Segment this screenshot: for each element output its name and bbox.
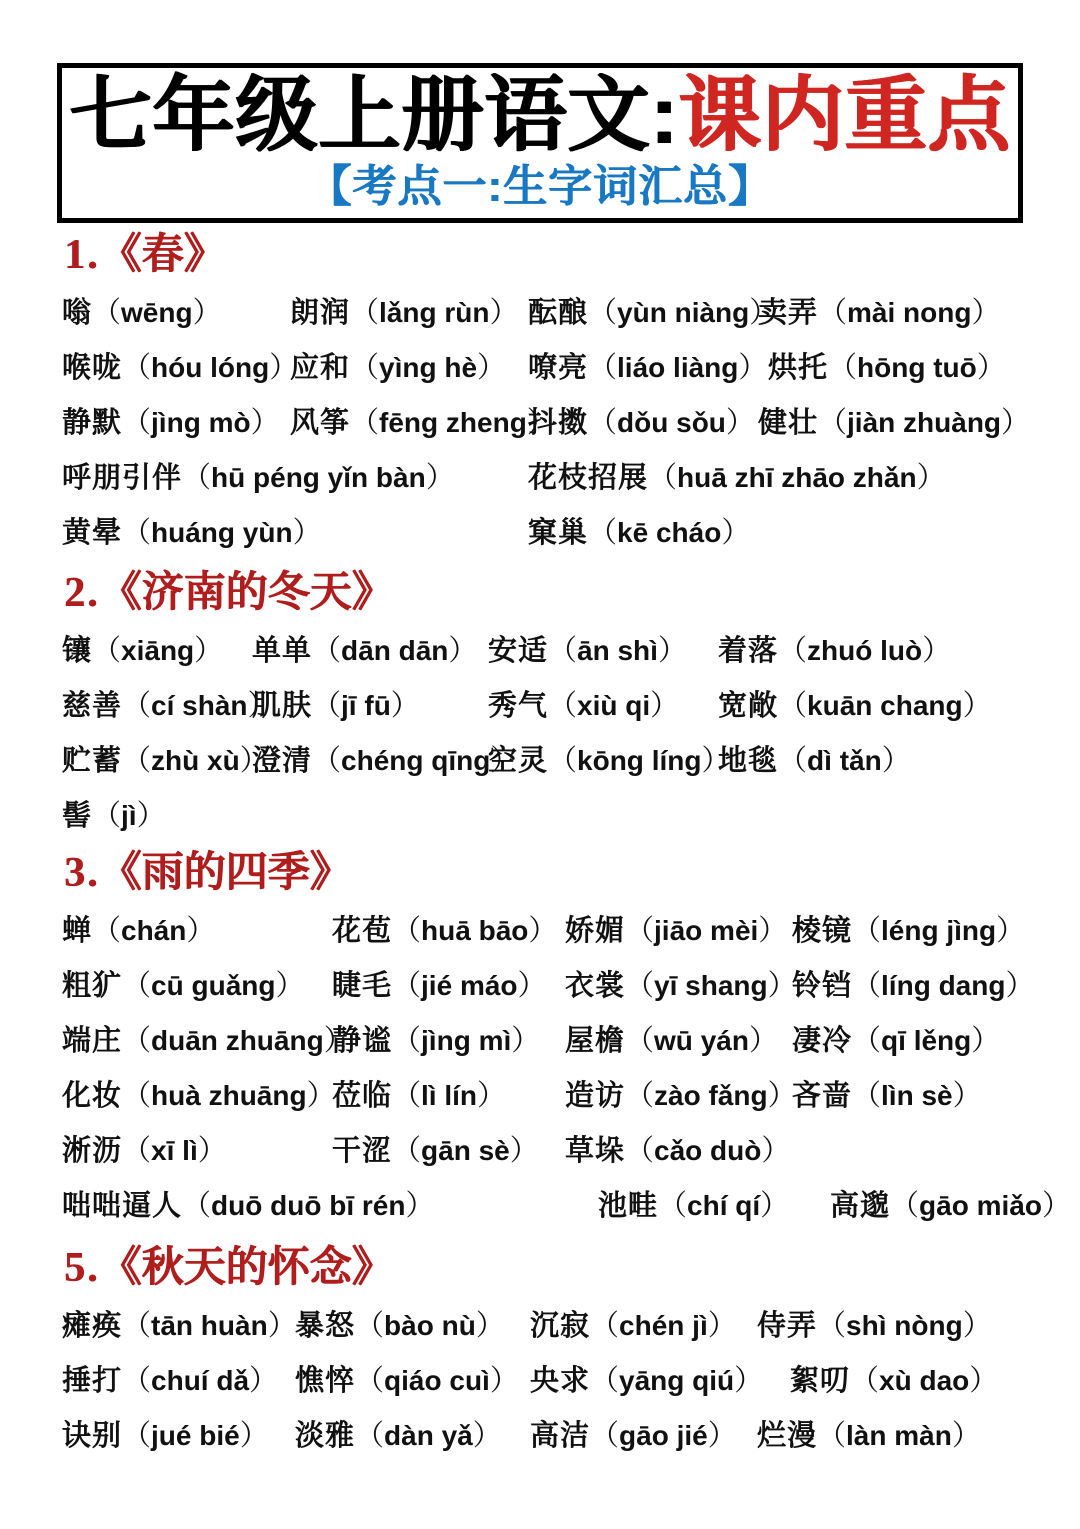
open-paren: （: [852, 1080, 881, 1112]
vocab-pinyin: zhù xù: [151, 745, 240, 776]
open-paren: （: [350, 297, 379, 329]
open-paren: （: [355, 1420, 384, 1452]
section-number: 1.: [64, 232, 100, 278]
vocab-word: 草垛: [565, 1135, 625, 1167]
vocab-word: 宽敞: [718, 690, 778, 722]
vocab-item: 屋檐（wū yán）: [565, 1021, 778, 1061]
close-paren: ）: [510, 1135, 539, 1167]
open-paren: （: [350, 352, 379, 384]
vocab-item: 衣裳（yī shang）: [565, 966, 797, 1006]
vocab-pinyin: xù dao: [879, 1365, 969, 1396]
open-paren: （: [312, 745, 341, 777]
vocab-item: 应和（yìng hè）: [290, 348, 506, 388]
vocab-pinyin: jì: [121, 800, 137, 831]
close-paren: ）: [1001, 407, 1030, 439]
vocab-pinyin: liáo liàng: [617, 352, 738, 383]
vocab-word: 朗润: [290, 297, 350, 329]
vocab-pinyin: fēng zheng: [379, 407, 527, 438]
vocab-item: 喉咙（hóu lóng）: [62, 348, 298, 388]
vocab-pinyin: wū yán: [654, 1025, 749, 1056]
vocab-item: 烘托（hōng tuō）: [768, 348, 1006, 388]
section-number: 3.: [64, 850, 100, 896]
vocab-word: 静谧: [332, 1025, 392, 1057]
vocab-pinyin: jué bié: [151, 1420, 240, 1451]
close-paren: ）: [293, 517, 322, 549]
close-paren: ）: [473, 1420, 502, 1452]
page-title: 七年级上册语文:课内重点: [62, 70, 1018, 162]
close-paren: ）: [528, 915, 557, 947]
open-paren: （: [122, 517, 151, 549]
vocab-word: 嘹亮: [528, 352, 588, 384]
open-paren: （: [648, 462, 677, 494]
open-paren: （: [625, 1080, 654, 1112]
vocab-item: 抖擞（dǒu sǒu）: [528, 403, 755, 443]
vocab-word: 憔悴: [295, 1365, 355, 1397]
vocab-pinyin: zhuó luò: [807, 635, 922, 666]
vocab-word: 酝酿: [528, 297, 588, 329]
open-paren: （: [852, 1025, 881, 1057]
vocab-item: 肌肤（jī fū）: [252, 686, 420, 726]
vocab-pinyin: cū guǎng: [151, 970, 275, 1001]
vocab-word: 瘫痪: [62, 1310, 122, 1342]
vocab-item: 池畦（chí qí）: [598, 1186, 789, 1226]
vocab-item: 瘫痪（tān huàn）: [62, 1306, 297, 1346]
open-paren: （: [817, 1420, 846, 1452]
close-paren: ）: [996, 915, 1025, 947]
close-paren: ）: [977, 352, 1006, 384]
open-paren: （: [122, 1420, 151, 1452]
close-paren: ）: [658, 635, 687, 667]
open-paren: （: [392, 970, 421, 1002]
vocab-word: 健壮: [758, 407, 818, 439]
vocab-word: 衣裳: [565, 970, 625, 1002]
open-paren: （: [350, 407, 379, 439]
vocab-item: 棱镜（léng jìng）: [792, 911, 1025, 951]
open-paren: （: [625, 1135, 654, 1167]
vocab-item: 澄清（chéng qīng）: [252, 741, 519, 781]
vocab-item: 吝啬（lìn sè）: [792, 1076, 982, 1116]
close-paren: ）: [971, 297, 1000, 329]
vocab-word: 高洁: [530, 1420, 590, 1452]
close-paren: ）: [761, 1135, 790, 1167]
open-paren: （: [588, 517, 617, 549]
open-paren: （: [778, 690, 807, 722]
vocab-word: 髻: [62, 800, 92, 832]
vocab-pinyin: huā zhī zhāo zhǎn: [677, 462, 917, 493]
vocab-word: 凄冷: [792, 1025, 852, 1057]
vocab-pinyin: duān zhuāng: [151, 1025, 324, 1056]
close-paren: ）: [726, 407, 755, 439]
page-title-red: 课内重点: [679, 70, 1011, 161]
vocab-pinyin: làn màn: [846, 1420, 952, 1451]
open-paren: （: [312, 635, 341, 667]
section-title-text: 《秋天的怀念》: [100, 1245, 394, 1291]
open-paren: （: [548, 690, 577, 722]
vocab-item: 花枝招展（huā zhī zhāo zhǎn）: [528, 458, 946, 498]
vocab-pinyin: mài nong: [847, 297, 971, 328]
vocab-pinyin: jìng mò: [151, 407, 251, 438]
close-paren: ）: [405, 1190, 434, 1222]
vocab-word: 沉寂: [530, 1310, 590, 1342]
open-paren: （: [92, 635, 121, 667]
vocab-pinyin: yìng hè: [379, 352, 477, 383]
vocab-word: 粗犷: [62, 970, 122, 1002]
vocab-item: 黄晕（huáng yùn）: [62, 513, 322, 553]
vocab-item: 单单（dān dān）: [252, 631, 477, 671]
vocab-pinyin: xiù qi: [577, 690, 650, 721]
vocab-word: 侍弄: [757, 1310, 817, 1342]
open-paren: （: [122, 1025, 151, 1057]
close-paren: ）: [137, 800, 166, 832]
close-paren: ）: [186, 915, 215, 947]
close-paren: ）: [391, 690, 420, 722]
vocab-item: 着落（zhuó luò）: [718, 631, 951, 671]
close-paren: ）: [882, 745, 911, 777]
vocab-word: 抖擞: [528, 407, 588, 439]
section-title-text: 《春》: [100, 232, 226, 278]
section-heading: 5.《秋天的怀念》: [64, 1245, 394, 1291]
open-paren: （: [392, 1135, 421, 1167]
close-paren: ）: [760, 1190, 789, 1222]
open-paren: （: [658, 1190, 687, 1222]
vocab-word: 捶打: [62, 1365, 122, 1397]
vocab-word: 棱镜: [792, 915, 852, 947]
vocab-word: 嗡: [62, 297, 92, 329]
page-title-black: 七年级上册语文:: [69, 70, 678, 161]
vocab-item: 镶（xiāng）: [62, 631, 223, 671]
vocab-pinyin: líng dang: [881, 970, 1005, 1001]
vocab-item: 嘹亮（liáo liàng）: [528, 348, 767, 388]
vocab-item: 干涩（gān sè）: [332, 1131, 539, 1171]
open-paren: （: [355, 1365, 384, 1397]
vocab-word: 造访: [565, 1080, 625, 1112]
vocab-word: 诀别: [62, 1420, 122, 1452]
title-box: 七年级上册语文:课内重点 【考点一:生字词汇总】: [57, 63, 1023, 223]
vocab-pinyin: chán: [121, 915, 186, 946]
vocab-pinyin: xī lì: [151, 1135, 198, 1166]
vocab-word: 暴怒: [295, 1310, 355, 1342]
vocab-item: 诀别（jué bié）: [62, 1416, 269, 1456]
open-paren: （: [590, 1420, 619, 1452]
vocab-item: 淅沥（xī lì）: [62, 1131, 227, 1171]
vocab-pinyin: gān sè: [421, 1135, 510, 1166]
open-paren: （: [122, 352, 151, 384]
vocab-pinyin: yī shang: [654, 970, 768, 1001]
vocab-word: 安适: [488, 635, 548, 667]
vocab-word: 贮蓄: [62, 745, 122, 777]
vocab-pinyin: huā bāo: [421, 915, 528, 946]
vocab-pinyin: shì nòng: [846, 1310, 963, 1341]
vocab-item: 粗犷（cū guǎng）: [62, 966, 305, 1006]
vocab-pinyin: jiàn zhuàng: [847, 407, 1001, 438]
open-paren: （: [122, 690, 151, 722]
vocab-pinyin: huà zhuāng: [151, 1080, 307, 1111]
section-title-text: 《济南的冬天》: [100, 570, 394, 616]
section-heading: 3.《雨的四季》: [64, 850, 352, 896]
vocab-word: 地毯: [718, 745, 778, 777]
vocab-item: 慈善（cí shàn）: [62, 686, 277, 726]
close-paren: ）: [193, 297, 222, 329]
vocab-pinyin: dàn yǎ: [384, 1420, 473, 1451]
vocab-word: 单单: [252, 635, 312, 667]
open-paren: （: [625, 1025, 654, 1057]
vocab-word: 窠巢: [528, 517, 588, 549]
vocab-word: 风筝: [290, 407, 350, 439]
vocab-pinyin: huáng yùn: [151, 517, 293, 548]
vocab-pinyin: dǒu sǒu: [617, 407, 726, 438]
vocab-word: 黄晕: [62, 517, 122, 549]
vocab-pinyin: lìn sè: [881, 1080, 953, 1111]
open-paren: （: [818, 407, 847, 439]
vocab-item: 健壮（jiàn zhuàng）: [758, 403, 1030, 443]
open-paren: （: [122, 1365, 151, 1397]
vocab-pinyin: wēng: [121, 297, 193, 328]
vocab-word: 高邈: [830, 1190, 890, 1222]
vocab-pinyin: jìng mì: [421, 1025, 511, 1056]
open-paren: （: [852, 915, 881, 947]
vocab-pinyin: dān dān: [341, 635, 448, 666]
vocab-word: 淡雅: [295, 1420, 355, 1452]
close-paren: ）: [194, 635, 223, 667]
vocab-item: 风筝（fēng zheng）: [290, 403, 556, 443]
vocab-pinyin: bào nù: [384, 1310, 476, 1341]
close-paren: ）: [917, 462, 946, 494]
open-paren: （: [392, 1080, 421, 1112]
vocab-pinyin: yùn niàng: [617, 297, 749, 328]
vocab-pinyin: chuí dǎ: [151, 1365, 249, 1396]
vocab-pinyin: chén jì: [619, 1310, 708, 1341]
open-paren: （: [122, 745, 151, 777]
vocab-word: 絮叨: [790, 1365, 850, 1397]
vocab-word: 秀气: [488, 690, 548, 722]
vocab-word: 铃铛: [792, 970, 852, 1002]
close-paren: ）: [511, 1025, 540, 1057]
open-paren: （: [548, 745, 577, 777]
vocab-pinyin: léng jìng: [881, 915, 996, 946]
close-paren: ）: [240, 1420, 269, 1452]
open-paren: （: [828, 352, 857, 384]
vocab-pinyin: tān huàn: [151, 1310, 268, 1341]
vocab-word: 淅沥: [62, 1135, 122, 1167]
vocab-pinyin: cǎo duò: [654, 1135, 761, 1166]
close-paren: ）: [490, 1365, 519, 1397]
vocab-item: 地毯（dì tǎn）: [718, 741, 911, 781]
vocab-pinyin: yāng qiú: [619, 1365, 734, 1396]
vocab-word: 屋檐: [565, 1025, 625, 1057]
vocab-word: 烘托: [768, 352, 828, 384]
vocab-item: 暴怒（bào nù）: [295, 1306, 505, 1346]
vocab-word: 吝啬: [792, 1080, 852, 1112]
vocab-pinyin: chéng qīng: [341, 745, 490, 776]
open-paren: （: [122, 1080, 151, 1112]
close-paren: ）: [971, 1025, 1000, 1057]
open-paren: （: [588, 352, 617, 384]
vocab-item: 秀气（xiù qi）: [488, 686, 679, 726]
open-paren: （: [778, 635, 807, 667]
close-paren: ）: [708, 1310, 737, 1342]
close-paren: ）: [922, 635, 951, 667]
vocab-item: 蝉（chán）: [62, 911, 215, 951]
vocab-item: 莅临（lì lín）: [332, 1076, 506, 1116]
vocab-word: 慈善: [62, 690, 122, 722]
vocab-item: 憔悴（qiáo cuì）: [295, 1361, 519, 1401]
vocab-word: 蝉: [62, 915, 92, 947]
close-paren: ）: [476, 1310, 505, 1342]
close-paren: ）: [738, 352, 767, 384]
open-paren: （: [92, 915, 121, 947]
vocab-item: 化妆（huà zhuāng）: [62, 1076, 336, 1116]
vocab-pinyin: kē cháo: [617, 517, 721, 548]
vocab-item: 絮叨（xù dao）: [790, 1361, 998, 1401]
vocab-word: 卖弄: [758, 297, 818, 329]
open-paren: （: [392, 1025, 421, 1057]
vocab-item: 嗡（wēng）: [62, 293, 222, 333]
vocab-pinyin: jié máo: [421, 970, 517, 1001]
open-paren: （: [182, 462, 211, 494]
close-paren: ）: [251, 407, 280, 439]
vocab-word: 央求: [530, 1365, 590, 1397]
open-paren: （: [778, 745, 807, 777]
open-paren: （: [548, 635, 577, 667]
close-paren: ）: [477, 1080, 506, 1112]
vocab-word: 澄清: [252, 745, 312, 777]
open-paren: （: [182, 1190, 211, 1222]
vocab-item: 空灵（kōng líng）: [488, 741, 730, 781]
open-paren: （: [312, 690, 341, 722]
open-paren: （: [850, 1365, 879, 1397]
vocab-word: 咄咄逼人: [62, 1190, 182, 1222]
vocab-pinyin: lǎng rùn: [379, 297, 489, 328]
vocab-pinyin: qī lěng: [881, 1025, 971, 1056]
vocab-pinyin: ān shì: [577, 635, 658, 666]
close-paren: ）: [249, 1365, 278, 1397]
open-paren: （: [890, 1190, 919, 1222]
vocab-item: 侍弄（shì nòng）: [757, 1306, 992, 1346]
section-heading: 2.《济南的冬天》: [64, 570, 394, 616]
vocab-item: 捶打（chuí dǎ）: [62, 1361, 278, 1401]
open-paren: （: [122, 1310, 151, 1342]
close-paren: ）: [275, 970, 304, 1002]
vocab-pinyin: jī fū: [341, 690, 391, 721]
open-paren: （: [92, 800, 121, 832]
section-number: 5.: [64, 1245, 100, 1291]
vocab-item: 睫毛（jié máo）: [332, 966, 547, 1006]
close-paren: ）: [758, 915, 787, 947]
vocab-item: 安适（ān shì）: [488, 631, 687, 671]
close-paren: ）: [969, 1365, 998, 1397]
vocab-item: 酝酿（yùn niàng）: [528, 293, 778, 333]
vocab-item: 草垛（cǎo duò）: [565, 1131, 790, 1171]
close-paren: ）: [963, 1310, 992, 1342]
section-title-text: 《雨的四季》: [100, 850, 352, 896]
vocab-word: 端庄: [62, 1025, 122, 1057]
vocab-item: 高邈（gāo miǎo）: [830, 1186, 1071, 1226]
vocab-pinyin: lì lín: [421, 1080, 477, 1111]
vocab-word: 睫毛: [332, 970, 392, 1002]
close-paren: ）: [963, 690, 992, 722]
vocab-item: 央求（yāng qiú）: [530, 1361, 763, 1401]
open-paren: （: [392, 915, 421, 947]
vocab-item: 娇媚（jiāo mèi）: [565, 911, 787, 951]
open-paren: （: [122, 1135, 151, 1167]
close-paren: ）: [721, 517, 750, 549]
vocab-word: 静默: [62, 407, 122, 439]
vocab-word: 应和: [290, 352, 350, 384]
close-paren: ）: [1005, 970, 1034, 1002]
vocab-item: 烂漫（làn màn）: [757, 1416, 981, 1456]
vocab-word: 烂漫: [757, 1420, 817, 1452]
vocab-pinyin: cí shàn: [151, 690, 247, 721]
vocab-item: 宽敞（kuān chang）: [718, 686, 992, 726]
vocab-item: 花苞（huā bāo）: [332, 911, 557, 951]
vocab-item: 髻（jì）: [62, 796, 166, 836]
open-paren: （: [355, 1310, 384, 1342]
vocab-item: 凄冷（qī lěng）: [792, 1021, 1000, 1061]
page-subtitle: 【考点一:生字词汇总】: [62, 162, 1018, 212]
vocab-item: 贮蓄（zhù xù）: [62, 741, 269, 781]
vocab-pinyin: zào fǎng: [654, 1080, 768, 1111]
vocab-word: 池畦: [598, 1190, 658, 1222]
vocab-item: 沉寂（chén jì）: [530, 1306, 737, 1346]
vocab-pinyin: kuān chang: [807, 690, 963, 721]
vocab-word: 化妆: [62, 1080, 122, 1112]
vocab-word: 喉咙: [62, 352, 122, 384]
open-paren: （: [588, 407, 617, 439]
vocab-pinyin: duō duō bī rén: [211, 1190, 405, 1221]
close-paren: ）: [953, 1080, 982, 1112]
vocab-pinyin: qiáo cuì: [384, 1365, 490, 1396]
open-paren: （: [92, 297, 121, 329]
vocab-pinyin: jiāo mèi: [654, 915, 758, 946]
section-heading: 1.《春》: [64, 232, 226, 278]
close-paren: ）: [477, 352, 506, 384]
vocab-pinyin: gāo miǎo: [919, 1190, 1042, 1221]
vocab-item: 朗润（lǎng rùn）: [290, 293, 519, 333]
open-paren: （: [122, 407, 151, 439]
vocab-word: 着落: [718, 635, 778, 667]
close-paren: ）: [268, 1310, 297, 1342]
close-paren: ）: [650, 690, 679, 722]
vocab-pinyin: hóu lóng: [151, 352, 269, 383]
vocab-item: 静默（jìng mò）: [62, 403, 280, 443]
vocab-item: 呼朋引伴（hū péng yǐn bàn）: [62, 458, 455, 498]
close-paren: ）: [198, 1135, 227, 1167]
close-paren: ）: [708, 1420, 737, 1452]
vocab-pinyin: dì tǎn: [807, 745, 882, 776]
open-paren: （: [852, 970, 881, 1002]
vocab-item: 高洁（gāo jié）: [530, 1416, 737, 1456]
close-paren: ）: [448, 635, 477, 667]
open-paren: （: [818, 297, 847, 329]
vocab-word: 呼朋引伴: [62, 462, 182, 494]
vocab-item: 静谧（jìng mì）: [332, 1021, 540, 1061]
vocab-pinyin: hū péng yǐn bàn: [211, 462, 426, 493]
vocab-item: 窠巢（kē cháo）: [528, 513, 750, 553]
vocab-item: 咄咄逼人（duō duō bī rén）: [62, 1186, 434, 1226]
open-paren: （: [588, 297, 617, 329]
close-paren: ）: [749, 1025, 778, 1057]
vocab-pinyin: chí qí: [687, 1190, 760, 1221]
open-paren: （: [625, 970, 654, 1002]
vocab-item: 造访（zào fǎng）: [565, 1076, 797, 1116]
vocab-item: 铃铛（líng dang）: [792, 966, 1034, 1006]
open-paren: （: [122, 970, 151, 1002]
section-number: 2.: [64, 570, 100, 616]
open-paren: （: [625, 915, 654, 947]
vocab-word: 镶: [62, 635, 92, 667]
close-paren: ）: [426, 462, 455, 494]
vocab-pinyin: xiāng: [121, 635, 194, 666]
